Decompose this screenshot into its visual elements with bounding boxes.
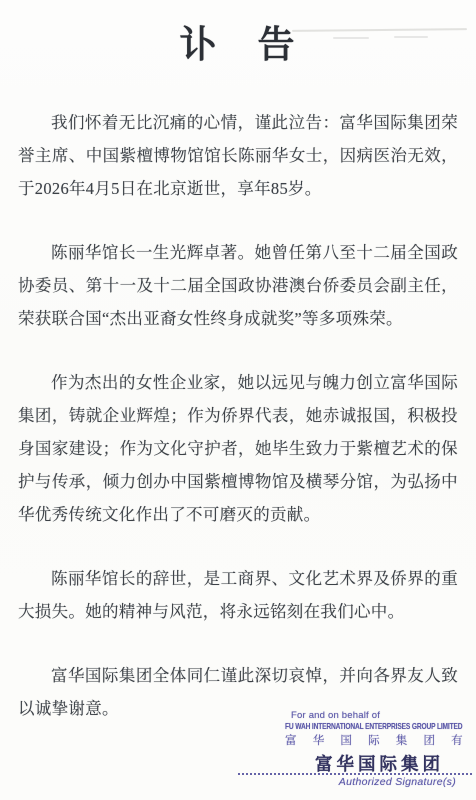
- stamp-company-english: FU WAH INTERNATIONAL ENTERPRISES GROUP L…: [285, 721, 431, 731]
- stamp-behalf-line: For and on behalf of: [291, 710, 472, 721]
- company-stamp: For and on behalf of FU WAH INTERNATIONA…: [238, 710, 472, 788]
- obituary-document-page: 讣 告 我们怀着无比沉痛的心情，谨此泣告：富华国际集团荣誉主席、中国紫檀博物馆馆…: [0, 0, 476, 800]
- page-title: 讣 告: [18, 14, 458, 68]
- paragraph-announcement: 我们怀着无比沉痛的心情，谨此泣告：富华国际集团荣誉主席、中国紫檀博物馆馆长陈丽华…: [18, 106, 458, 205]
- authorized-signature-label: Authorized Signature(s): [238, 776, 472, 788]
- scan-artifact-line: [394, 36, 428, 38]
- scan-artifact-line: [333, 37, 369, 39]
- obituary-body: 我们怀着无比沉痛的心情，谨此泣告：富华国际集团荣誉主席、中国紫檀博物馆馆长陈丽华…: [18, 106, 458, 725]
- stamp-company-chinese: 富 华 国 际 集 团 有 限 公 司: [285, 732, 472, 748]
- paragraph-achievements: 陈丽华馆长一生光辉卓著。她曾任第八至十二届全国政协委员、第十一及十二届全国政协港…: [18, 236, 458, 335]
- paragraph-legacy: 作为杰出的女性企业家，她以远见与魄力创立富华国际集团，铸就企业辉煌；作为侨界代表…: [18, 366, 458, 531]
- signature-dotted-line: [238, 773, 472, 775]
- paragraph-condolence: 陈丽华馆长的辞世，是工商界、文化艺术界及侨界的重大损失。她的精神与风范，将永远铭…: [18, 562, 458, 628]
